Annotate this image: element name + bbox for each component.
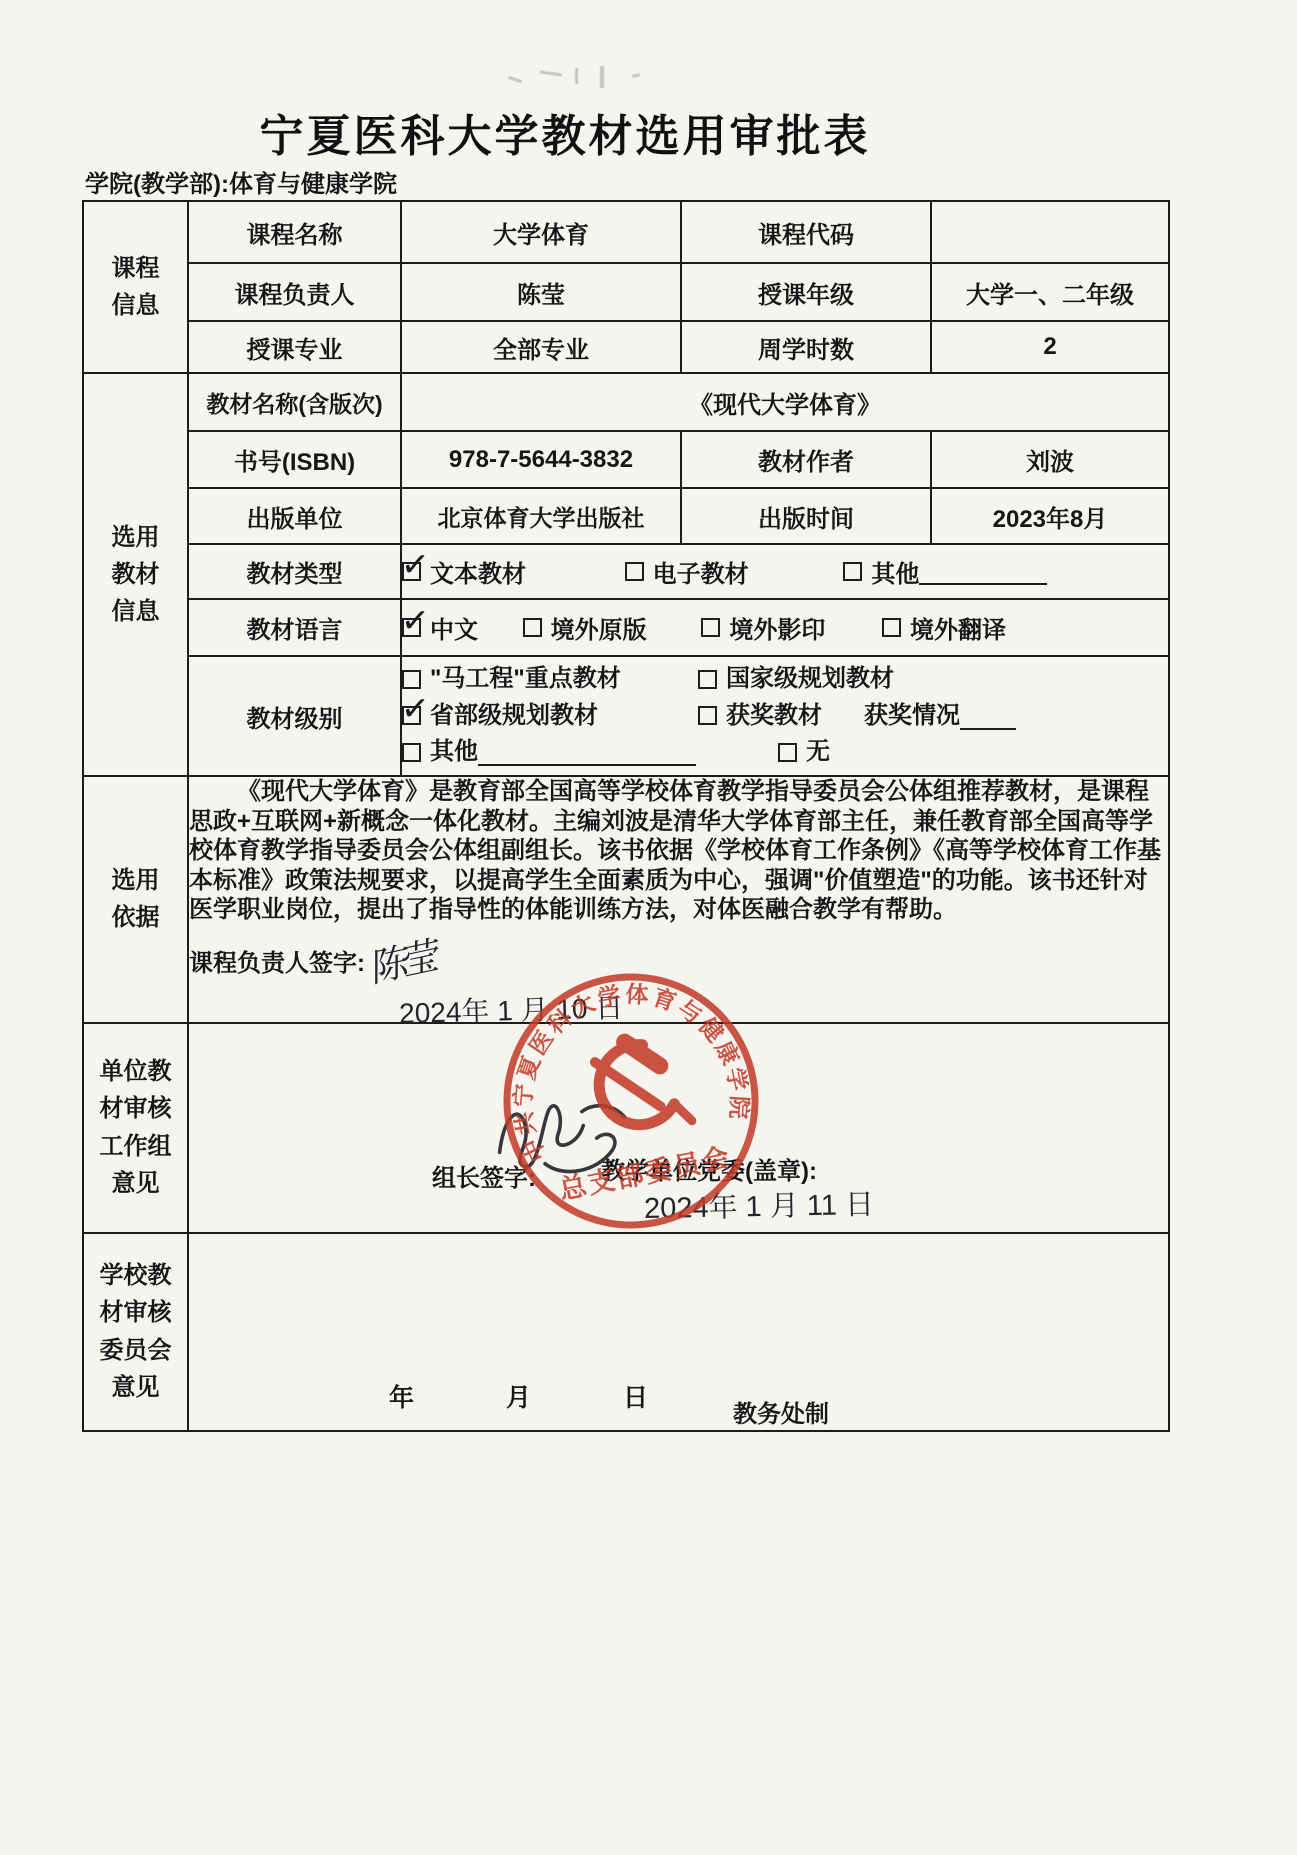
language-option-photocopy: ✓境外影印 <box>701 610 825 645</box>
college-label: 学院(教学部): <box>85 171 229 198</box>
course-leader-signature: 陈莹 <box>372 923 435 993</box>
level-option-national: ✓国家级规划教材 <box>698 662 894 697</box>
school-review-content: 年月日 <box>188 1233 1169 1431</box>
checkbox-overseas-translation: ✓ <box>882 618 901 637</box>
checkbox-national-plan: ✓ <box>698 670 717 689</box>
day-label: 日 <box>623 1384 648 1412</box>
checkbox-provincial-plan: ✓ <box>402 706 421 725</box>
course-leader-label: 课程负责人 <box>188 263 401 321</box>
college-value: 体育与健康学院 <box>229 171 397 198</box>
check-mark: ✓ <box>400 603 431 639</box>
unit-review-date: 2024年 1 月 11 日 <box>644 1182 875 1227</box>
group-school-review: 学校教材审核委员会意见 <box>83 1233 188 1431</box>
scan-artifact <box>575 68 578 84</box>
type-option-other: ✓其他 <box>843 554 1047 589</box>
course-name-value: 大学体育 <box>401 201 681 263</box>
level-option-ma-project: ✓"马工程"重点教材 <box>402 662 698 697</box>
author-label: 教材作者 <box>681 431 931 488</box>
blank-line <box>478 739 696 766</box>
award-note: 获奖情况 <box>864 699 1016 734</box>
isbn-label: 书号(ISBN) <box>188 431 401 488</box>
checkbox-other-level: ✓ <box>402 743 421 762</box>
language-option-chinese: ✓中文 <box>402 610 478 645</box>
checkbox-award-textbook: ✓ <box>698 706 717 725</box>
scan-artifact <box>540 70 562 76</box>
approval-table: 课程信息 课程名称 大学体育 课程代码 课程负责人 陈莹 授课年级 大学一、二年… <box>82 200 1170 1432</box>
textbook-name-value: 《现代大学体育》 <box>401 373 1169 431</box>
form-title: 宁夏医科大学教材选用审批表 <box>60 100 1070 164</box>
checkbox-overseas-original: ✓ <box>523 618 542 637</box>
scan-artifact <box>508 76 522 83</box>
month-label: 月 <box>506 1384 531 1412</box>
language-option-original: ✓境外原版 <box>523 610 647 645</box>
level-label: 教材级别 <box>188 656 401 776</box>
basis-paragraph: 《现代大学体育》是教育部全国高等学校体育教学指导委员会公体组推荐教材，是课程思政… <box>189 777 1168 925</box>
grade-value: 大学一、二年级 <box>931 263 1169 321</box>
check-mark: ✓ <box>400 692 431 728</box>
hours-value: 2 <box>931 321 1169 373</box>
type-options: ✓文本教材 ✓电子教材 ✓其他 <box>401 544 1169 599</box>
party-seal-label: 教学单位党委(盖章): <box>601 1151 817 1186</box>
scan-artifact <box>600 66 604 88</box>
type-label: 教材类型 <box>188 544 401 599</box>
blank-line <box>960 702 1016 729</box>
group-course-info: 课程信息 <box>83 201 188 373</box>
date-blanks: 年月日 <box>389 1378 740 1414</box>
checkbox-overseas-photocopy: ✓ <box>701 618 720 637</box>
year-label: 年 <box>389 1384 414 1412</box>
checkbox-text-textbook: ✓ <box>402 562 421 581</box>
language-label: 教材语言 <box>188 599 401 656</box>
checkbox-chinese: ✓ <box>402 618 421 637</box>
scan-artifact <box>632 73 640 77</box>
level-option-provincial: ✓省部级规划教材 <box>402 699 698 734</box>
major-label: 授课专业 <box>188 321 401 373</box>
college-line: 学院(教学部):体育与健康学院 <box>85 164 397 199</box>
course-code-value <box>931 201 1169 263</box>
author-value: 刘波 <box>931 431 1169 488</box>
course-leader-value: 陈莹 <box>401 263 681 321</box>
grade-label: 授课年级 <box>681 263 931 321</box>
type-option-electronic: ✓电子教材 <box>625 554 749 589</box>
publisher-label: 出版单位 <box>188 488 401 544</box>
checkbox-other-type: ✓ <box>843 562 862 581</box>
level-option-award: ✓获奖教材 <box>698 699 822 734</box>
group-unit-review: 单位教材审核工作组意见 <box>83 1023 188 1233</box>
footer-note: 教务处制 <box>733 1394 829 1429</box>
level-option-other: ✓其他 <box>402 735 696 770</box>
level-options: ✓"马工程"重点教材 ✓国家级规划教材 ✓省部级规划教材 ✓获奖教材 获奖情况 … <box>401 656 1169 776</box>
major-value: 全部专业 <box>401 321 681 373</box>
pubdate-value: 2023年8月 <box>931 488 1169 544</box>
course-leader-sign-label: 课程负责人签字: <box>189 950 365 977</box>
leader-sign-label: 组长签字: <box>432 1158 536 1193</box>
unit-review-content: 组长签字: 教学单位党委(盖章): 2024年 1 月 11 日 <box>188 1023 1169 1233</box>
checkbox-none: ✓ <box>778 743 797 762</box>
check-mark: ✓ <box>400 547 431 583</box>
group-textbook-info: 选用教材信息 <box>83 373 188 776</box>
pubdate-label: 出版时间 <box>681 488 931 544</box>
blank-line <box>919 558 1047 585</box>
level-option-none: ✓无 <box>778 735 830 770</box>
selection-basis-content: 《现代大学体育》是教育部全国高等学校体育教学指导委员会公体组推荐教材，是课程思政… <box>188 776 1169 1023</box>
group-selection-basis: 选用依据 <box>83 776 188 1023</box>
checkbox-ma-project: ✓ <box>402 670 421 689</box>
language-option-translation: ✓境外翻译 <box>882 610 1006 645</box>
course-name-label: 课程名称 <box>188 201 401 263</box>
scanned-approval-form: 宁夏医科大学教材选用审批表 学院(教学部):体育与健康学院 课程信息 课程名称 … <box>0 0 1297 1855</box>
publisher-value: 北京体育大学出版社 <box>401 488 681 544</box>
language-options: ✓中文 ✓境外原版 ✓境外影印 ✓境外翻译 <box>401 599 1169 656</box>
checkbox-electronic-textbook: ✓ <box>625 562 644 581</box>
isbn-value: 978-7-5644-3832 <box>401 431 681 488</box>
hours-label: 周学时数 <box>681 321 931 373</box>
course-code-label: 课程代码 <box>681 201 931 263</box>
textbook-name-label: 教材名称(含版次) <box>188 373 401 431</box>
type-option-text: ✓文本教材 <box>402 554 526 589</box>
